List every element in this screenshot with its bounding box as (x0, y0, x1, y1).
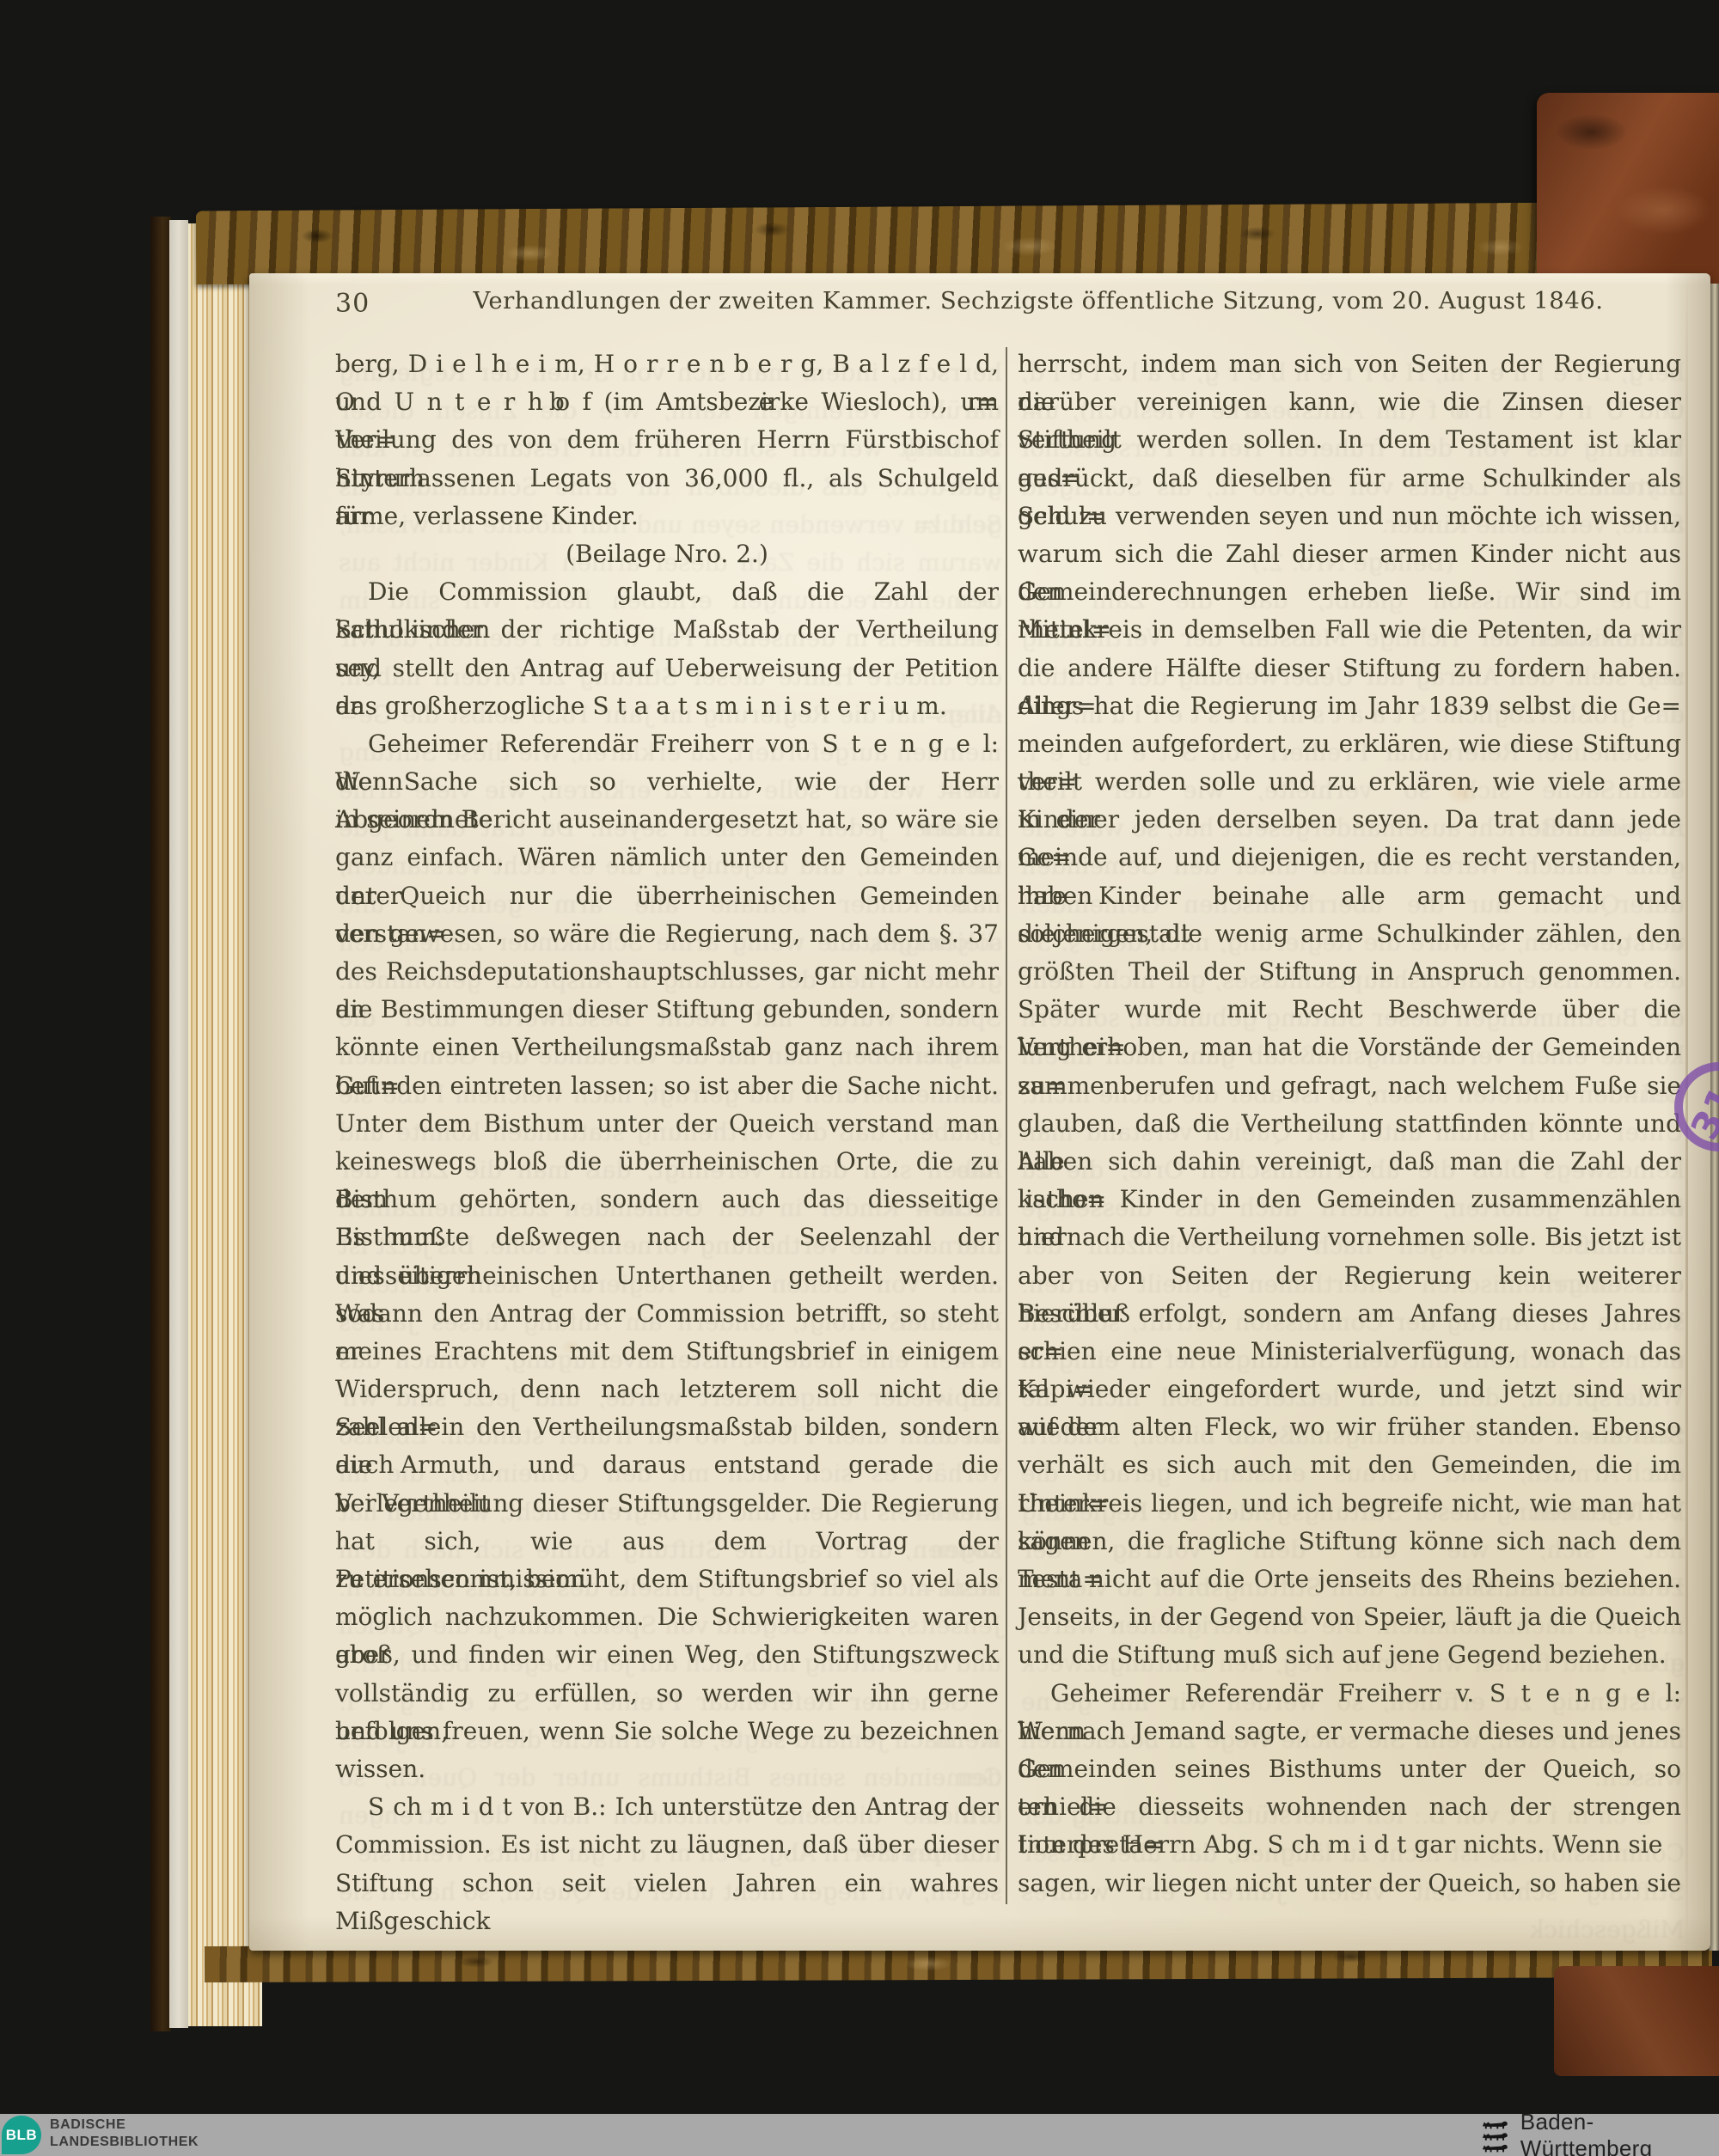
library-name-line1: BADISCHE (50, 2116, 199, 2134)
text-line: Jenseits, in der Gegend von Speier, läuf… (1018, 1598, 1681, 1636)
text-line: lung erhoben, man hat die Vorstände der … (1018, 1029, 1681, 1066)
text-line: und die Stiftung muß sich auf jene Gegen… (1018, 1636, 1681, 1674)
book-page: 30 Verhandlungen der zweiten Kammer. Sec… (249, 273, 1710, 1951)
text-line: meinden aufgefordert, zu erklären, wie d… (1018, 725, 1681, 763)
text-line: diejenigen, die wenig arme Schulkinder z… (1018, 915, 1681, 953)
running-header: Verhandlungen der zweiten Kammer. Sechzi… (395, 287, 1681, 315)
text-line: hiernach Jemand sagte, er vermache diese… (1018, 1713, 1681, 1750)
text-line: Stiftung schon seit vielen Jahren ein wa… (335, 1865, 999, 1903)
stamp-number: 31 (1683, 1079, 1719, 1146)
text-line: Commission. Es ist nicht zu läugnen, daß… (335, 1826, 999, 1864)
page-number: 30 (335, 289, 370, 319)
library-name: BADISCHE LANDESBIBLIOTHEK (50, 2116, 199, 2151)
text-line: ten die diesseits wohnenden nach der str… (1018, 1788, 1681, 1826)
leather-corner-top-right (1537, 93, 1719, 289)
scan-viewer: { "scan": { "page_number": "30", "runnin… (0, 0, 1719, 2156)
viewer-footer-bar: BLB BADISCHE LANDESBIBLIOTHEK Baden-Würt… (0, 2114, 1719, 2156)
leather-corner-bottom-right (1554, 1966, 1719, 2076)
column-divider-rule (1006, 347, 1007, 1904)
text-line: bei Vertheilung dieser Stiftungsgelder. … (335, 1485, 999, 1523)
text-line: befinden eintreten lassen; so ist aber d… (335, 1067, 999, 1105)
text-line: Bisthum gehörten, sondern auch das diess… (335, 1181, 999, 1218)
endpaper-edge (169, 220, 188, 2028)
text-line: möglich nachzukommen. Die Schwierigkeite… (335, 1598, 999, 1636)
text-line: lischen Kinder in den Gemeinden zusammen… (1018, 1181, 1681, 1218)
text-line: die Bestimmungen dieser Stiftung gebunde… (335, 991, 999, 1029)
text-line: die Armuth, und daraus entstand gerade d… (335, 1446, 999, 1484)
text-line: hierüber erfolgt, sondern am Anfang dies… (1018, 1295, 1681, 1333)
text-line: geld zu verwenden seyen und nun möchte i… (1018, 498, 1681, 535)
text-line: hiernach die Vertheilung vornehmen solle… (1018, 1218, 1681, 1256)
text-line: die Sache sich so verhielte, wie der Her… (335, 763, 999, 801)
text-line: groß, und finden wir einen Weg, den Stif… (335, 1636, 999, 1674)
text-line: darüber vereinigen kann, wie die Zinsen … (1018, 383, 1681, 421)
text-line: Gemeinden seines Bisthums unter der Quei… (1018, 1750, 1681, 1788)
text-line: und überrheinischen Unterthanen getheilt… (335, 1257, 999, 1295)
text-line: die andere Hälfte dieser Stiftung zu for… (1018, 650, 1681, 687)
text-line: sodann den Antrag der Commission betriff… (335, 1295, 999, 1333)
text-line: theilt werden solle und zu erklären, wie… (1018, 763, 1681, 801)
book-cover-top-edge (196, 202, 1712, 285)
text-line: hat sich, wie aus dem Vortrag der Petiti… (335, 1523, 999, 1561)
text-line: in seinem Bericht auseinandergesetzt hat… (335, 801, 999, 839)
text-line: tion des Herrn Abg. S ch m i d t gar nic… (1018, 1826, 1681, 1864)
text-line: zu ersehen ist, bemüht, dem Stiftungsbri… (335, 1561, 999, 1598)
text-line: verhält es sich auch mit den Gemeinden, … (1018, 1446, 1681, 1484)
text-line: können, die fragliche Stiftung könne sic… (1018, 1523, 1681, 1561)
text-line: (Beilage Nro. 2.) (335, 535, 999, 573)
text-line: meines Erachtens mit dem Stiftungsbrief … (335, 1333, 999, 1371)
page-header: 30 Verhandlungen der zweiten Kammer. Sec… (335, 287, 1681, 327)
text-line: rheinkreis in demselben Fall wie die Pet… (1018, 611, 1681, 649)
text-line: berg, D i e l h e i m, H o r r e n b e r… (335, 345, 999, 383)
text-line: und U n t e r h o f (im Amtsbezirke Wies… (335, 383, 999, 421)
text-line: aber von Seiten der Regierung kein weite… (1018, 1257, 1681, 1295)
text-line: Es mußte deßwegen nach der Seelenzahl de… (335, 1218, 999, 1256)
text-line: in einer jeden derselben seyen. Da trat … (1018, 801, 1681, 839)
text-line: ganz einfach. Wären nämlich unter den Ge… (335, 839, 999, 876)
text-line: der Queich nur die überrheinischen Gemei… (335, 877, 999, 915)
book-cover-left-edge (150, 217, 171, 2031)
text-line: rheinkreis liegen, und ich begreife nich… (1018, 1485, 1681, 1523)
text-line: und stellt den Antrag auf Ueberweisung d… (335, 650, 999, 687)
text-column-left: berg, D i e l h e i m, H o r r e n b e r… (335, 345, 999, 1903)
text-line: glauben, daß die Vertheilung stattfinden… (1018, 1105, 1681, 1143)
text-line: meinde auf, und diejenigen, die es recht… (1018, 839, 1681, 876)
text-line: dings hat die Regierung im Jahr 1839 sel… (1018, 687, 1681, 725)
text-line: gedrückt, daß dieselben für arme Schulki… (1018, 460, 1681, 498)
text-line: sammenberufen und gefragt, nach welchem … (1018, 1067, 1681, 1105)
library-name-line2: LANDESBIBLIOTHEK (50, 2134, 199, 2151)
text-line: könnte einen Vertheilungsmaßstab ganz na… (335, 1029, 999, 1066)
text-line: Gemeinderechnungen erheben ließe. Wir si… (1018, 573, 1681, 611)
text-line: ihre Kinder beinahe alle arm gemacht und… (1018, 877, 1681, 915)
text-line: größten Theil der Stiftung in Anspruch g… (1018, 953, 1681, 991)
text-line: vertheilt werden sollen. In dem Testamen… (1018, 421, 1681, 459)
text-line: ment nicht auf die Orte jenseits des Rhe… (1018, 1561, 1681, 1598)
text-line: Geheimer Referendär Freiherr von S t e n… (335, 725, 999, 763)
text-line: warum sich die Zahl dieser armen Kinder … (1018, 535, 1681, 573)
text-area: herrscht, indem man sich von Seiten der … (335, 345, 1681, 1913)
text-line: das großherzogliche S t a a t s m i n i … (335, 687, 999, 725)
text-line: zahl allein den Vertheilungsmaßstab bild… (335, 1408, 999, 1446)
text-line: wissen. (335, 1750, 999, 1788)
blb-abbr: BLB (6, 2127, 37, 2144)
text-line: Später wurde mit Recht Beschwerde über d… (1018, 991, 1681, 1029)
text-line: Die Commission glaubt, daß die Zahl der … (335, 573, 999, 611)
text-line: tal wieder eingefordert wurde, und jetzt… (1018, 1371, 1681, 1408)
blb-logo-icon: BLB (2, 2116, 41, 2154)
region-label: Baden-Württemberg (1520, 2109, 1719, 2156)
text-line: hinterlassenen Legats von 36,000 fl., al… (335, 460, 999, 498)
text-line: keineswegs bloß die überrheinischen Orte… (335, 1143, 999, 1181)
text-line: haben sich dahin vereinigt, daß man die … (1018, 1143, 1681, 1181)
text-line: schien eine neue Ministerialverfügung, w… (1018, 1333, 1681, 1371)
baden-wuerttemberg-brand: Baden-Württemberg (1480, 2114, 1719, 2156)
text-line: sagen, wir liegen nicht unter der Queich… (1018, 1865, 1681, 1903)
text-column-right: herrscht, indem man sich von Seiten der … (1018, 345, 1681, 1903)
text-line: Unter dem Bisthum unter der Queich verst… (335, 1105, 999, 1143)
text-line: S ch m i d t von B.: Ich unterstütze den… (335, 1788, 999, 1826)
baden-wuerttemberg-lions-icon (1480, 2117, 1510, 2153)
text-line: und uns freuen, wenn Sie solche Wege zu … (335, 1713, 999, 1750)
text-line: theilung des von dem früheren Herrn Fürs… (335, 421, 999, 459)
text-line: den gewesen, so wäre die Regierung, nach… (335, 915, 999, 953)
text-line: vollständig zu erfüllen, so werden wir i… (335, 1675, 999, 1713)
text-line: auf dem alten Fleck, wo wir früher stand… (1018, 1408, 1681, 1446)
text-line: des Reichsdeputationshauptschlusses, gar… (335, 953, 999, 991)
text-line: Geheimer Referendär Freiherr v. S t e n … (1018, 1675, 1681, 1713)
text-line: Widerspruch, denn nach letzterem soll ni… (335, 1371, 999, 1408)
text-line: Schulkinder der richtige Maßstab der Ver… (335, 611, 999, 649)
text-line: arme, verlassene Kinder. (335, 498, 999, 535)
text-line: herrscht, indem man sich von Seiten der … (1018, 345, 1681, 383)
